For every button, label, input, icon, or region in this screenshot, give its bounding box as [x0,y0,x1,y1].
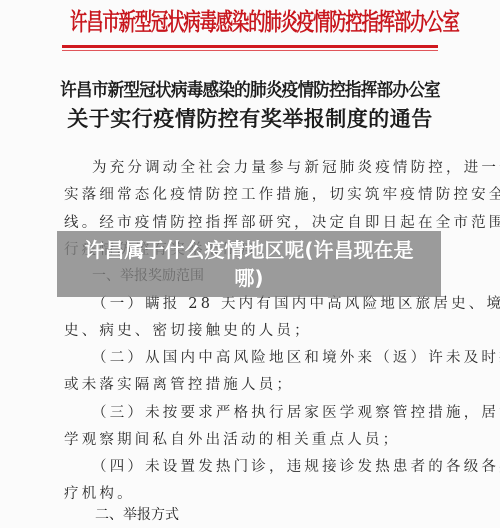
item-1-line-1: （一）瞒报 28 天内有国内中高风险地区旅居史、境外旅居 [92,294,472,314]
intro-line-2: 实落细常态化疫情防控工作措施，切实筑牢疫情防控安全防 [64,185,444,205]
item-2-line-2: 或未落实隔离管控措施人员； [64,375,444,395]
letterhead-rule-thick [62,45,438,48]
caption-overlay: 许昌属于什么疫情地区呢(许昌现在是 哪) [57,231,441,297]
document-title-subject: 关于实行疫情防控有奖举报制度的通告 [0,106,500,132]
item-3-line-1: （三）未按要求严格执行居家医学观察管控措施，居家医 [92,403,472,423]
item-4-line-1: （四）未设置发热门诊，违规接诊发热患者的各级各类医 [92,457,472,477]
section-heading-report-method: 二、举报方式 [95,505,179,525]
item-1-line-2: 史、病史、密切接触史的人员； [64,321,444,341]
caption-line-1: 许昌属于什么疫情地区呢(许昌现在是 [84,236,413,264]
letterhead-rule-thin [62,50,438,51]
caption-line-2: 哪) [234,264,263,292]
intro-line-3: 线。经市疫情防控指挥部研究，决定自即日起在全市范围内实 [64,213,444,233]
document-title-issuer: 许昌市新型冠状病毒感染的肺炎疫情防控指挥部办公室 [20,79,480,103]
red-letterhead-title: 许昌市新型冠状病毒感染的肺炎疫情防控指挥部办公室 [70,6,430,38]
document-page: 许昌市新型冠状病毒感染的肺炎疫情防控指挥部办公室 许昌市新型冠状病毒感染的肺炎疫… [0,0,500,528]
item-3-line-2: 学观察期间私自外出活动的相关重点人员； [64,430,444,450]
item-2-line-1: （二）从国内中高风险地区和境外来（返）许未及时报告 [92,348,472,368]
intro-line-1: 为充分调动全社会力量参与新冠肺炎疫情防控，进一步落 [92,158,472,178]
item-4-line-2: 疗机构。 [64,484,444,504]
